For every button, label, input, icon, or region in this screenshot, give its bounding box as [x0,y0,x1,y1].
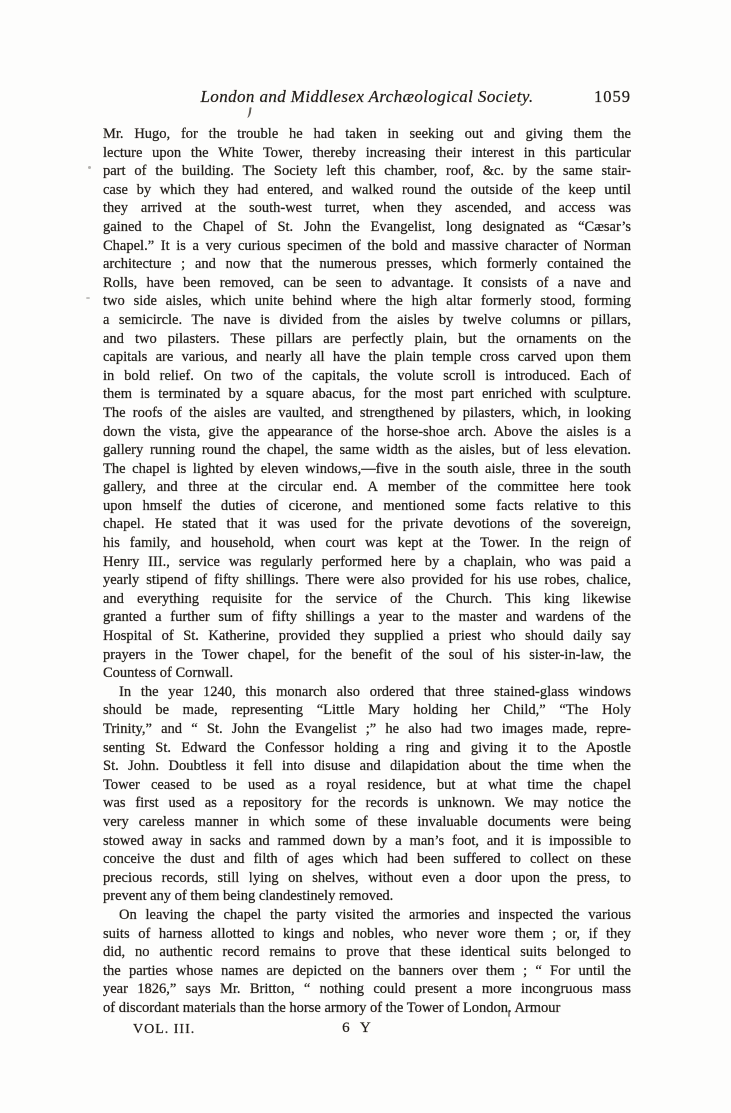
text-line: On leaving the chapel the party visited … [103,906,631,925]
text-line-content: year 1826,” says Mr. Britton, “ nothing … [103,980,631,999]
text-line-content: granted a further sum of fifty shillings… [103,608,631,627]
text-line-content: was first used as a repository for the r… [103,794,631,813]
text-line-content: they arrived at the south-west turret, w… [103,199,631,218]
text-line-content: The chapel is lighted by eleven windows,… [103,460,631,479]
text-line: his family, and household, when court wa… [103,534,631,553]
text-line: should be made, representing “Little Mar… [103,701,631,720]
text-line-content: and two pilasters. These pillars are per… [103,330,631,349]
text-line-content: Chapel.” It is a very curious specimen o… [103,237,631,256]
text-line-content: the parties whose names are depicted on … [103,962,631,981]
running-title: London and Middlesex Archæological Socie… [103,85,631,108]
text-line-content: two side aisles, which unite behind wher… [103,292,631,311]
text-line: was first used as a repository for the r… [103,794,631,813]
text-line: did, no authentic record remains to prov… [103,943,631,962]
text-line-content: yearly stipend of fifty shillings. There… [103,571,631,590]
text-line-content: lecture upon the White Tower, thereby in… [103,144,631,163]
text-line: part of the building. The Society left t… [103,162,631,181]
text-line-content: The roofs of the aisles are vaulted, and… [103,404,631,423]
text-line: two side aisles, which unite behind wher… [103,292,631,311]
page-number: 1059 [594,85,631,108]
text-line-content: did, no authentic record remains to prov… [103,943,631,962]
text-line: prayers in the Tower chapel, for the ben… [103,646,631,665]
text-line: very careless manner in which some of th… [103,813,631,832]
text-line: conceive the dust and filth of ages whic… [103,850,631,869]
text-line: St. John. Doubtless it fell into disuse … [103,757,631,776]
text-line: they arrived at the south-west turret, w… [103,199,631,218]
text-line-content: Countess of Cornwall. [103,664,233,683]
text-line-content: capitals are various, and nearly all hav… [103,348,631,367]
text-line: year 1826,” says Mr. Britton, “ nothing … [103,980,631,999]
text-line: upon hmself the duties of cicerone, and … [103,497,631,516]
text-line-content: of discordant materials than the horse a… [103,999,560,1018]
page-header: London and Middlesex Archæological Socie… [103,85,631,108]
text-line: and two pilasters. These pillars are per… [103,330,631,349]
scan-speck [88,166,91,169]
text-line: stowed away in sacks and rammed down by … [103,832,631,851]
text-line: Chapel.” It is a very curious specimen o… [103,237,631,256]
page-footer: VOL. III. 6 Y [103,1020,631,1040]
text-line-content: senting St. Edward the Confessor holding… [103,739,631,758]
paragraph: In the year 1240, this monarch also orde… [103,683,631,906]
body-text: Mr. Hugo, for the trouble he had taken i… [103,125,631,1018]
text-line-content: down the vista, give the appearance of t… [103,423,631,442]
text-line: gallery, and three at the circular end. … [103,478,631,497]
text-line: chapel. He stated that it was used for t… [103,515,631,534]
text-line: in bold relief. On two of the capitals, … [103,367,631,386]
text-line-content: case by which they had entered, and walk… [103,181,631,200]
text-line: down the vista, give the appearance of t… [103,423,631,442]
text-line-content: Trinity,” and “ St. John the Evangelist … [103,720,631,739]
text-line-content: Tower ceased to be used as a royal resid… [103,776,631,795]
text-line: yearly stipend of fifty shillings. There… [103,571,631,590]
text-line: Mr. Hugo, for the trouble he had taken i… [103,125,631,144]
text-line-content: stowed away in sacks and rammed down by … [103,832,631,851]
text-line-content: St. John. Doubtless it fell into disuse … [103,757,631,776]
text-line: capitals are various, and nearly all hav… [103,348,631,367]
text-line: and everything requisite for the service… [103,590,631,609]
text-line: Tower ceased to be used as a royal resid… [103,776,631,795]
text-line-content: part of the building. The Society left t… [103,162,631,181]
text-line: them is terminated by a square abacus, f… [103,385,631,404]
text-line-content: his family, and household, when court wa… [103,534,631,553]
text-line-content: Mr. Hugo, for the trouble he had taken i… [103,125,631,144]
text-line: granted a further sum of fifty shillings… [103,608,631,627]
text-line-content: prevent any of them being clandestinely … [103,887,393,906]
volume-label: VOL. III. [133,1020,195,1040]
text-line: Trinity,” and “ St. John the Evangelist … [103,720,631,739]
text-line: prevent any of them being clandestinely … [103,887,631,906]
text-line-content: precious records, still lying on shelves… [103,869,631,888]
paragraph: On leaving the chapel the party visited … [103,906,631,1018]
text-line: lecture upon the White Tower, thereby in… [103,144,631,163]
text-line: The roofs of the aisles are vaulted, and… [103,404,631,423]
text-line: In the year 1240, this monarch also orde… [103,683,631,702]
text-line-content: gallery, and three at the circular end. … [103,478,631,497]
text-line: precious records, still lying on shelves… [103,869,631,888]
paragraph: Mr. Hugo, for the trouble he had taken i… [103,125,631,683]
text-line-content: On leaving the chapel the party visited … [119,906,631,925]
text-line: senting St. Edward the Confessor holding… [103,739,631,758]
text-line-content: upon hmself the duties of cicerone, and … [103,497,631,516]
scan-speck [86,297,90,299]
text-block: London and Middlesex Archæological Socie… [103,0,631,1040]
printer-signature-mark: 6 Y [342,1018,371,1038]
text-line: gallery running round the chapel, the sa… [103,441,631,460]
text-line: Hospital of St. Katherine, provided they… [103,627,631,646]
text-line-content: chapel. He stated that it was used for t… [103,515,631,534]
text-line-content: conceive the dust and filth of ages whic… [103,850,631,869]
text-line: Countess of Cornwall. [103,664,631,683]
text-line: architecture ; and now that the numerous… [103,255,631,274]
text-line-content: Rolls, have been removed, can be seen to… [103,274,631,293]
text-line: suits of harness allotted to kings and n… [103,925,631,944]
text-line-content: gallery running round the chapel, the sa… [103,441,631,460]
text-line-content: and everything requisite for the service… [103,590,631,609]
text-line-content: Henry III., service was regularly perfor… [103,553,631,572]
text-line: of discordant materials than the horse a… [103,999,631,1018]
text-line: a semicircle. The nave is divided from t… [103,311,631,330]
text-line: case by which they had entered, and walk… [103,181,631,200]
text-line: Henry III., service was regularly perfor… [103,553,631,572]
text-line-content: Hospital of St. Katherine, provided they… [103,627,631,646]
text-line: The chapel is lighted by eleven windows,… [103,460,631,479]
text-line: Rolls, have been removed, can be seen to… [103,274,631,293]
text-line-content: in bold relief. On two of the capitals, … [103,367,631,386]
text-line-content: architecture ; and now that the numerous… [103,255,631,274]
text-line-content: gained to the Chapel of St. John the Eva… [103,218,631,237]
scanned-page: London and Middlesex Archæological Socie… [0,0,731,1113]
text-line-content: very careless manner in which some of th… [103,813,631,832]
text-line-content: a semicircle. The nave is divided from t… [103,311,631,330]
text-line-content: them is terminated by a square abacus, f… [103,385,631,404]
text-line: gained to the Chapel of St. John the Eva… [103,218,631,237]
text-line-content: should be made, representing “Little Mar… [103,701,631,720]
text-line-content: In the year 1240, this monarch also orde… [119,683,631,702]
text-line-content: prayers in the Tower chapel, for the ben… [103,646,631,665]
text-line: the parties whose names are depicted on … [103,962,631,981]
text-line-content: suits of harness allotted to kings and n… [103,925,631,944]
